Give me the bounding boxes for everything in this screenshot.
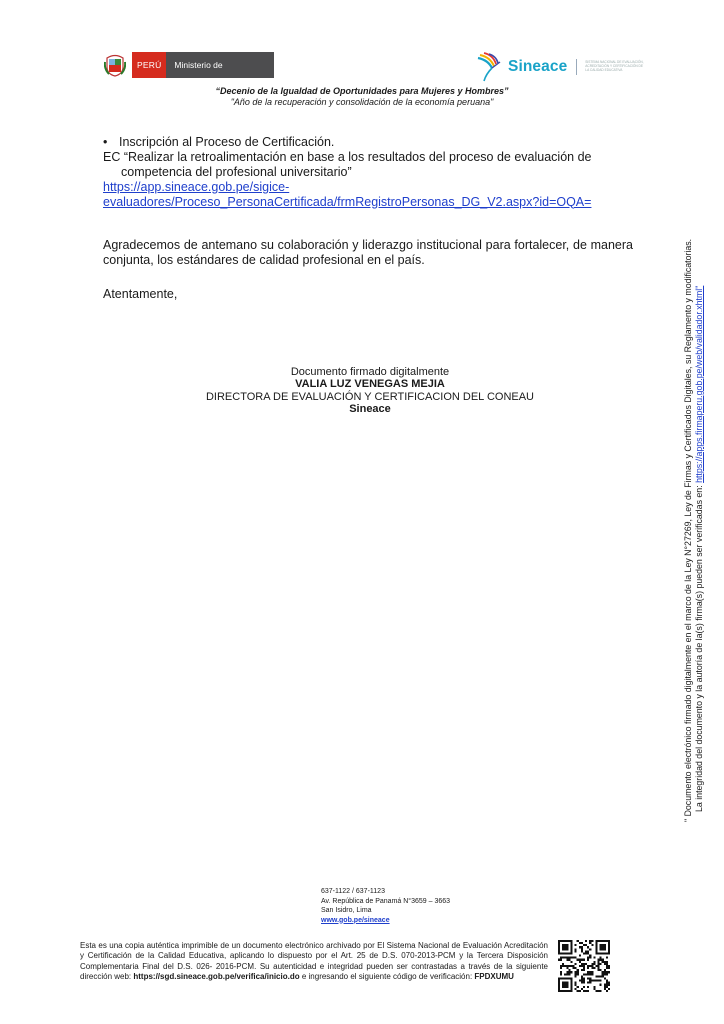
ec-line-1: EC “Realizar la retroalimentación en bas…: [103, 150, 591, 164]
bullet-icon: •: [103, 135, 119, 150]
registration-link[interactable]: https://app.sineace.gob.pe/sigice- evalu…: [103, 180, 633, 209]
signature-note: Documento firmado digitalmente: [0, 366, 724, 379]
authenticity-notice: Esta es una copia auténtica imprimible d…: [80, 941, 548, 982]
verification-code: FPDXUMU: [474, 972, 514, 981]
sineace-logo: Sineace Sistema Nacional de Evaluación, …: [476, 52, 647, 82]
sineace-wordmark: Sineace: [508, 58, 567, 76]
signer-name: VALIA LUZ VENEGAS MEJIA: [0, 378, 724, 391]
footer-phones: 637-1122 / 637-1123: [321, 887, 450, 897]
motto-decade: “Decenio de la Igualdad de Oportunidades…: [0, 86, 724, 96]
logo-divider: [576, 59, 577, 75]
legal-mid: e ingresando el siguiente código de veri…: [300, 972, 475, 981]
footer-address: 637-1122 / 637-1123 Av. República de Pan…: [321, 887, 450, 925]
firmaperu-validator-link[interactable]: https://apps.firmaperu.gob.pe/web/valida…: [694, 286, 704, 483]
side-note-line-1: " Documento electrónico firmado digitalm…: [683, 239, 693, 822]
verify-url-link[interactable]: https://sgd.sineace.gob.pe/verifica/inic…: [133, 972, 299, 981]
coat-of-arms-icon: [104, 53, 126, 77]
ministry-label: Ministerio de Educación: [166, 52, 274, 78]
thanks-paragraph: Agradecemos de antemano su colaboración …: [103, 238, 633, 267]
footer-website-link[interactable]: www.gob.pe/sineace: [321, 917, 390, 924]
minedu-logo: PERÚ Ministerio de Educación: [104, 52, 274, 78]
footer-city: San Isidro, Lima: [321, 906, 450, 916]
registration-link-line-2[interactable]: evaluadores/Proceso_PersonaCertificada/f…: [103, 195, 591, 209]
bullet-text: Inscripción al Proceso de Certificación.: [119, 135, 334, 149]
ec-line-2: competencia del profesional universitari…: [103, 165, 633, 180]
signer-title: DIRECTORA DE EVALUACIÓN Y CERTIFICACION …: [0, 391, 724, 404]
motto-year: "Año de la recuperación y consolidación …: [0, 97, 724, 107]
bullet-item: •Inscripción al Proceso de Certificación…: [103, 135, 633, 150]
signer-org: Sineace: [0, 403, 724, 416]
side-note-line-2: La integridad del documento y la autoría…: [694, 483, 704, 812]
sineace-subtitle: Sistema Nacional de Evaluación, Acredita…: [585, 61, 647, 72]
qr-code-icon: [558, 940, 610, 992]
ec-paragraph: EC “Realizar la retroalimentación en bas…: [103, 150, 633, 179]
closing: Atentamente,: [103, 287, 633, 302]
footer-street: Av. República de Panamá N°3659 – 3663: [321, 897, 450, 907]
sineace-bird-icon: [476, 52, 506, 82]
registration-link-line-1[interactable]: https://app.sineace.gob.pe/sigice-: [103, 180, 289, 194]
digital-signature-side-note: " Documento electrónico firmado digitalm…: [683, 162, 705, 822]
peru-label: PERÚ: [132, 52, 166, 78]
